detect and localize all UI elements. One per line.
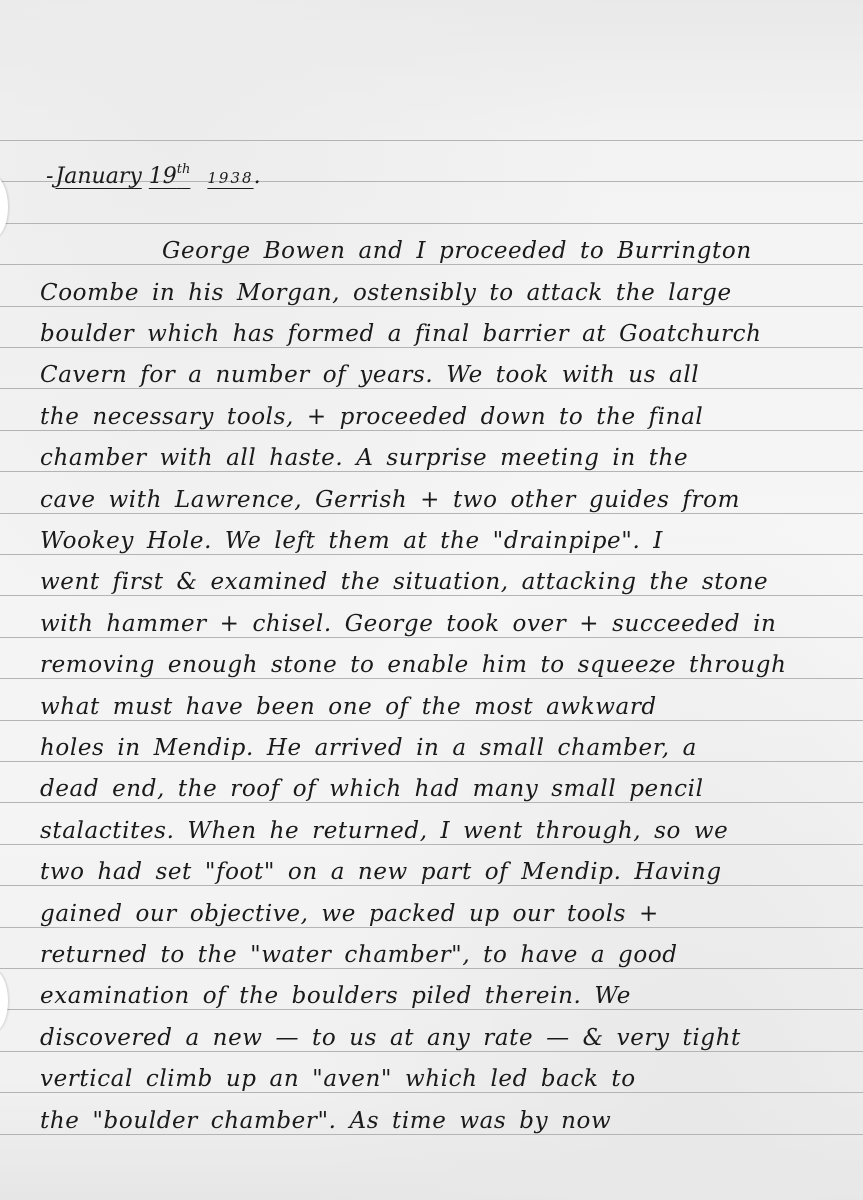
punch-hole-top [0, 176, 8, 238]
ruled-line [0, 1092, 863, 1093]
date-year: 1938 [207, 169, 253, 187]
handwritten-line: examination of the boulders piled therei… [40, 985, 631, 1008]
handwritten-line: discovered a new — to us at any rate — &… [40, 1027, 741, 1050]
handwritten-line: George Bowen and I proceeded to Burringt… [162, 240, 752, 263]
handwritten-line: Cavern for a number of years. We took wi… [40, 364, 699, 387]
date-dash: - [46, 164, 53, 189]
ruled-line [0, 844, 863, 845]
ruled-line [0, 513, 863, 514]
ruled-line [0, 802, 863, 803]
ruled-line [0, 761, 863, 762]
handwritten-line: the "boulder chamber". As time was by no… [40, 1110, 611, 1133]
handwritten-line: cave with Lawrence, Gerrish + two other … [40, 489, 740, 512]
ruled-line [0, 678, 863, 679]
ruled-line [0, 968, 863, 969]
handwritten-line: with hammer + chisel. George took over +… [40, 613, 776, 636]
ruled-line [0, 720, 863, 721]
ruled-line [0, 471, 863, 472]
date-day-suffix: th [177, 162, 191, 177]
handwritten-line: Coombe in his Morgan, ostensibly to atta… [40, 282, 732, 305]
date-period: . [254, 164, 261, 189]
ruled-line [0, 388, 863, 389]
ruled-line [0, 347, 863, 348]
ruled-line [0, 306, 863, 307]
ruled-line [0, 637, 863, 638]
ruled-line [0, 1134, 863, 1135]
handwritten-line: removing enough stone to enable him to s… [40, 654, 787, 677]
handwritten-line: two had set "foot" on a new part of Mend… [40, 861, 722, 884]
ruled-line [0, 1009, 863, 1010]
ruled-line [0, 885, 863, 886]
punch-hole-bottom [0, 970, 8, 1032]
date-day-number: 19 [149, 164, 177, 189]
handwritten-line: the necessary tools, + proceeded down to… [40, 406, 703, 429]
ruled-line [0, 223, 863, 224]
ruled-line [0, 264, 863, 265]
handwritten-line: gained our objective, we packed up our t… [40, 903, 659, 926]
entry-date: -January 19th 1938. [46, 162, 261, 189]
date-month: January [55, 164, 141, 189]
journal-page: -January 19th 1938. George Bowen and I p… [0, 0, 863, 1200]
ruled-line [0, 140, 863, 141]
ruled-line [0, 430, 863, 431]
handwritten-line: holes in Mendip. He arrived in a small c… [40, 737, 697, 760]
handwritten-line: Wookey Hole. We left them at the "drainp… [40, 530, 663, 553]
ruled-line [0, 554, 863, 555]
handwritten-line: what must have been one of the most awkw… [40, 696, 657, 719]
handwritten-line: vertical climb up an "aven" which led ba… [40, 1068, 636, 1091]
handwritten-line: boulder which has formed a final barrier… [40, 323, 762, 346]
date-day: 19th [149, 164, 191, 189]
ruled-line [0, 1051, 863, 1052]
handwritten-line: chamber with all haste. A surprise meeti… [40, 447, 688, 470]
ruled-line [0, 927, 863, 928]
handwritten-line: returned to the "water chamber", to have… [40, 944, 678, 967]
handwritten-line: dead end, the roof of which had many sma… [40, 778, 704, 801]
handwritten-line: went first & examined the situation, att… [40, 571, 768, 594]
ruled-line [0, 595, 863, 596]
handwritten-line: stalactites. When he returned, I went th… [40, 820, 728, 843]
